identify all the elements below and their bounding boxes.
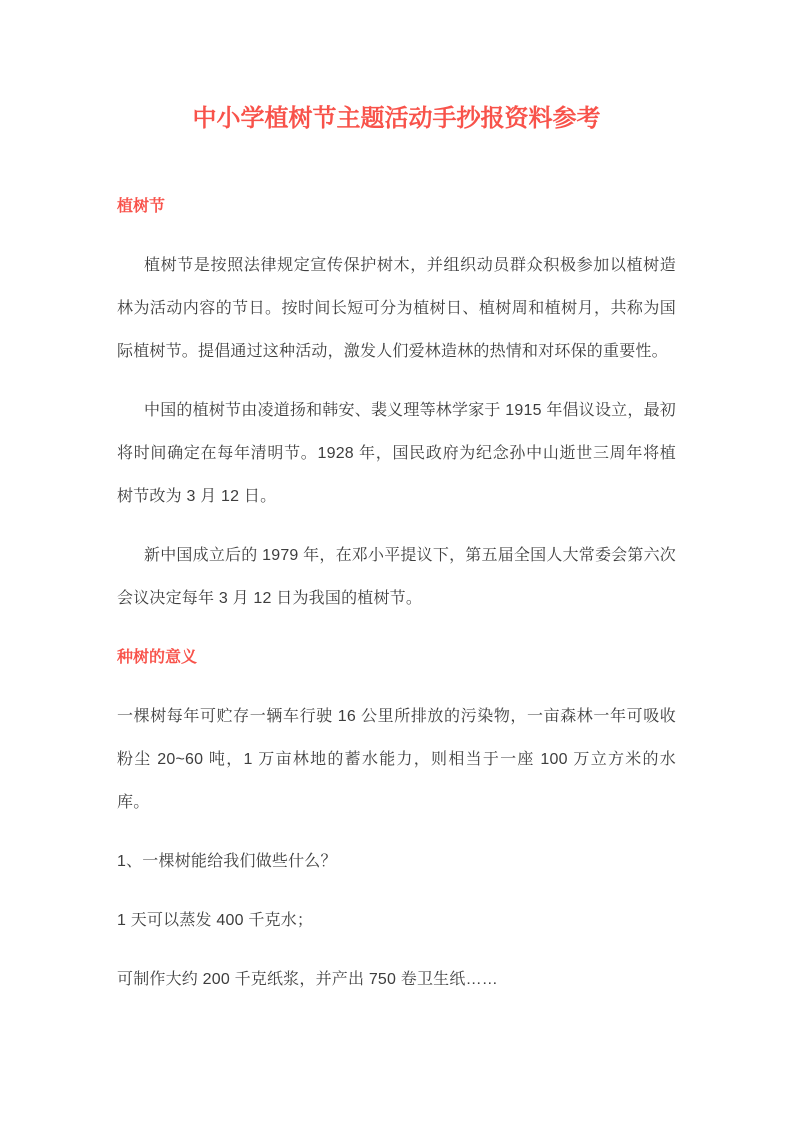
section-heading-arbor-day: 植树节 [117, 185, 676, 228]
document-page: 中小学植树节主题活动手抄报资料参考 植树节 植树节是按照法律规定宣传保护树木，并… [0, 0, 793, 1122]
paragraph-tree-benefits: 一棵树每年可贮存一辆车行驶 16 公里所排放的污染物，一亩森林一年可吸收粉尘 2… [117, 695, 676, 824]
section-heading-meaning-of-planting: 种树的意义 [117, 636, 676, 679]
paragraph-question-what-can-a-tree-do: 1、一棵树能给我们做些什么？ [117, 840, 676, 883]
paragraph-arbor-day-definition: 植树节是按照法律规定宣传保护树木，并组织动员群众积极参加以植树造林为活动内容的节… [117, 244, 676, 373]
paragraph-evaporate-water: 1 天可以蒸发 400 千克水； [117, 899, 676, 942]
paragraph-paper-pulp: 可制作大约 200 千克纸浆，并产出 750 卷卫生纸…… [117, 958, 676, 1001]
document-title: 中小学植树节主题活动手抄报资料参考 [117, 101, 676, 137]
paragraph-new-china-1979: 新中国成立后的 1979 年，在邓小平提议下，第五届全国人大常委会第六次会议决定… [117, 534, 676, 620]
paragraph-china-arbor-day-history: 中国的植树节由凌道扬和韩安、裴义理等林学家于 1915 年倡议设立，最初将时间确… [117, 389, 676, 518]
